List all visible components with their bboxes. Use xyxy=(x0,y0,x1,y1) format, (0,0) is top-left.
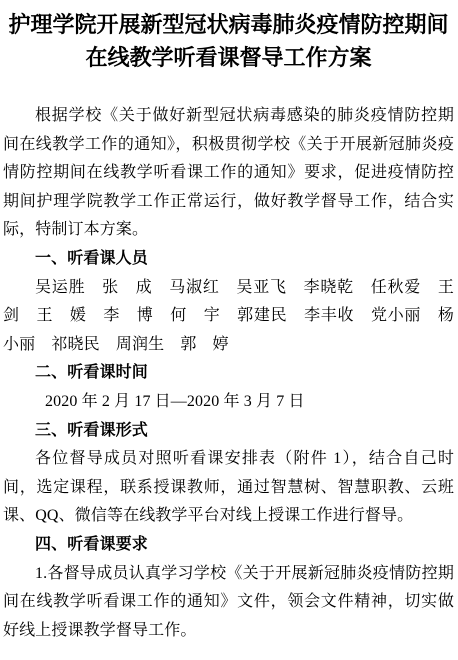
section-heading-requirements: 四、听看课要求 xyxy=(3,531,454,560)
title-line-1: 护理学院开展新型冠状病毒肺炎疫情防控期间 xyxy=(3,8,454,41)
date-range: 2020 年 2 月 17 日—2020 年 3 月 7 日 xyxy=(3,388,454,417)
section-heading-time: 二、听看课时间 xyxy=(3,359,454,388)
section-heading-personnel: 一、听看课人员 xyxy=(3,245,454,274)
document-title: 护理学院开展新型冠状病毒肺炎疫情防控期间 在线教学听看课督导工作方案 xyxy=(3,8,454,74)
requirements-paragraph: 1.各督导成员认真学习学校《关于开展新冠肺炎疫情防控期间在线教学听看课工作的通知… xyxy=(3,560,454,646)
format-paragraph: 各位督导成员对照听看课安排表（附件 1），结合自己时间，选定课程，联系授课教师，… xyxy=(3,445,454,531)
names-list: 吴运胜 张 成 马淑红 吴亚飞 李晓乾 任秋爱 王剑 王 媛 李 博 何 宇 郭… xyxy=(3,274,454,360)
document-page: 护理学院开展新型冠状病毒肺炎疫情防控期间 在线教学听看课督导工作方案 根据学校《… xyxy=(0,0,458,660)
section-heading-format: 三、听看课形式 xyxy=(3,417,454,446)
intro-paragraph: 根据学校《关于做好新型冠状病毒感染的肺炎疫情防控期间在线教学工作的通知》，积极贯… xyxy=(3,102,454,245)
title-line-2: 在线教学听看课督导工作方案 xyxy=(3,41,454,74)
